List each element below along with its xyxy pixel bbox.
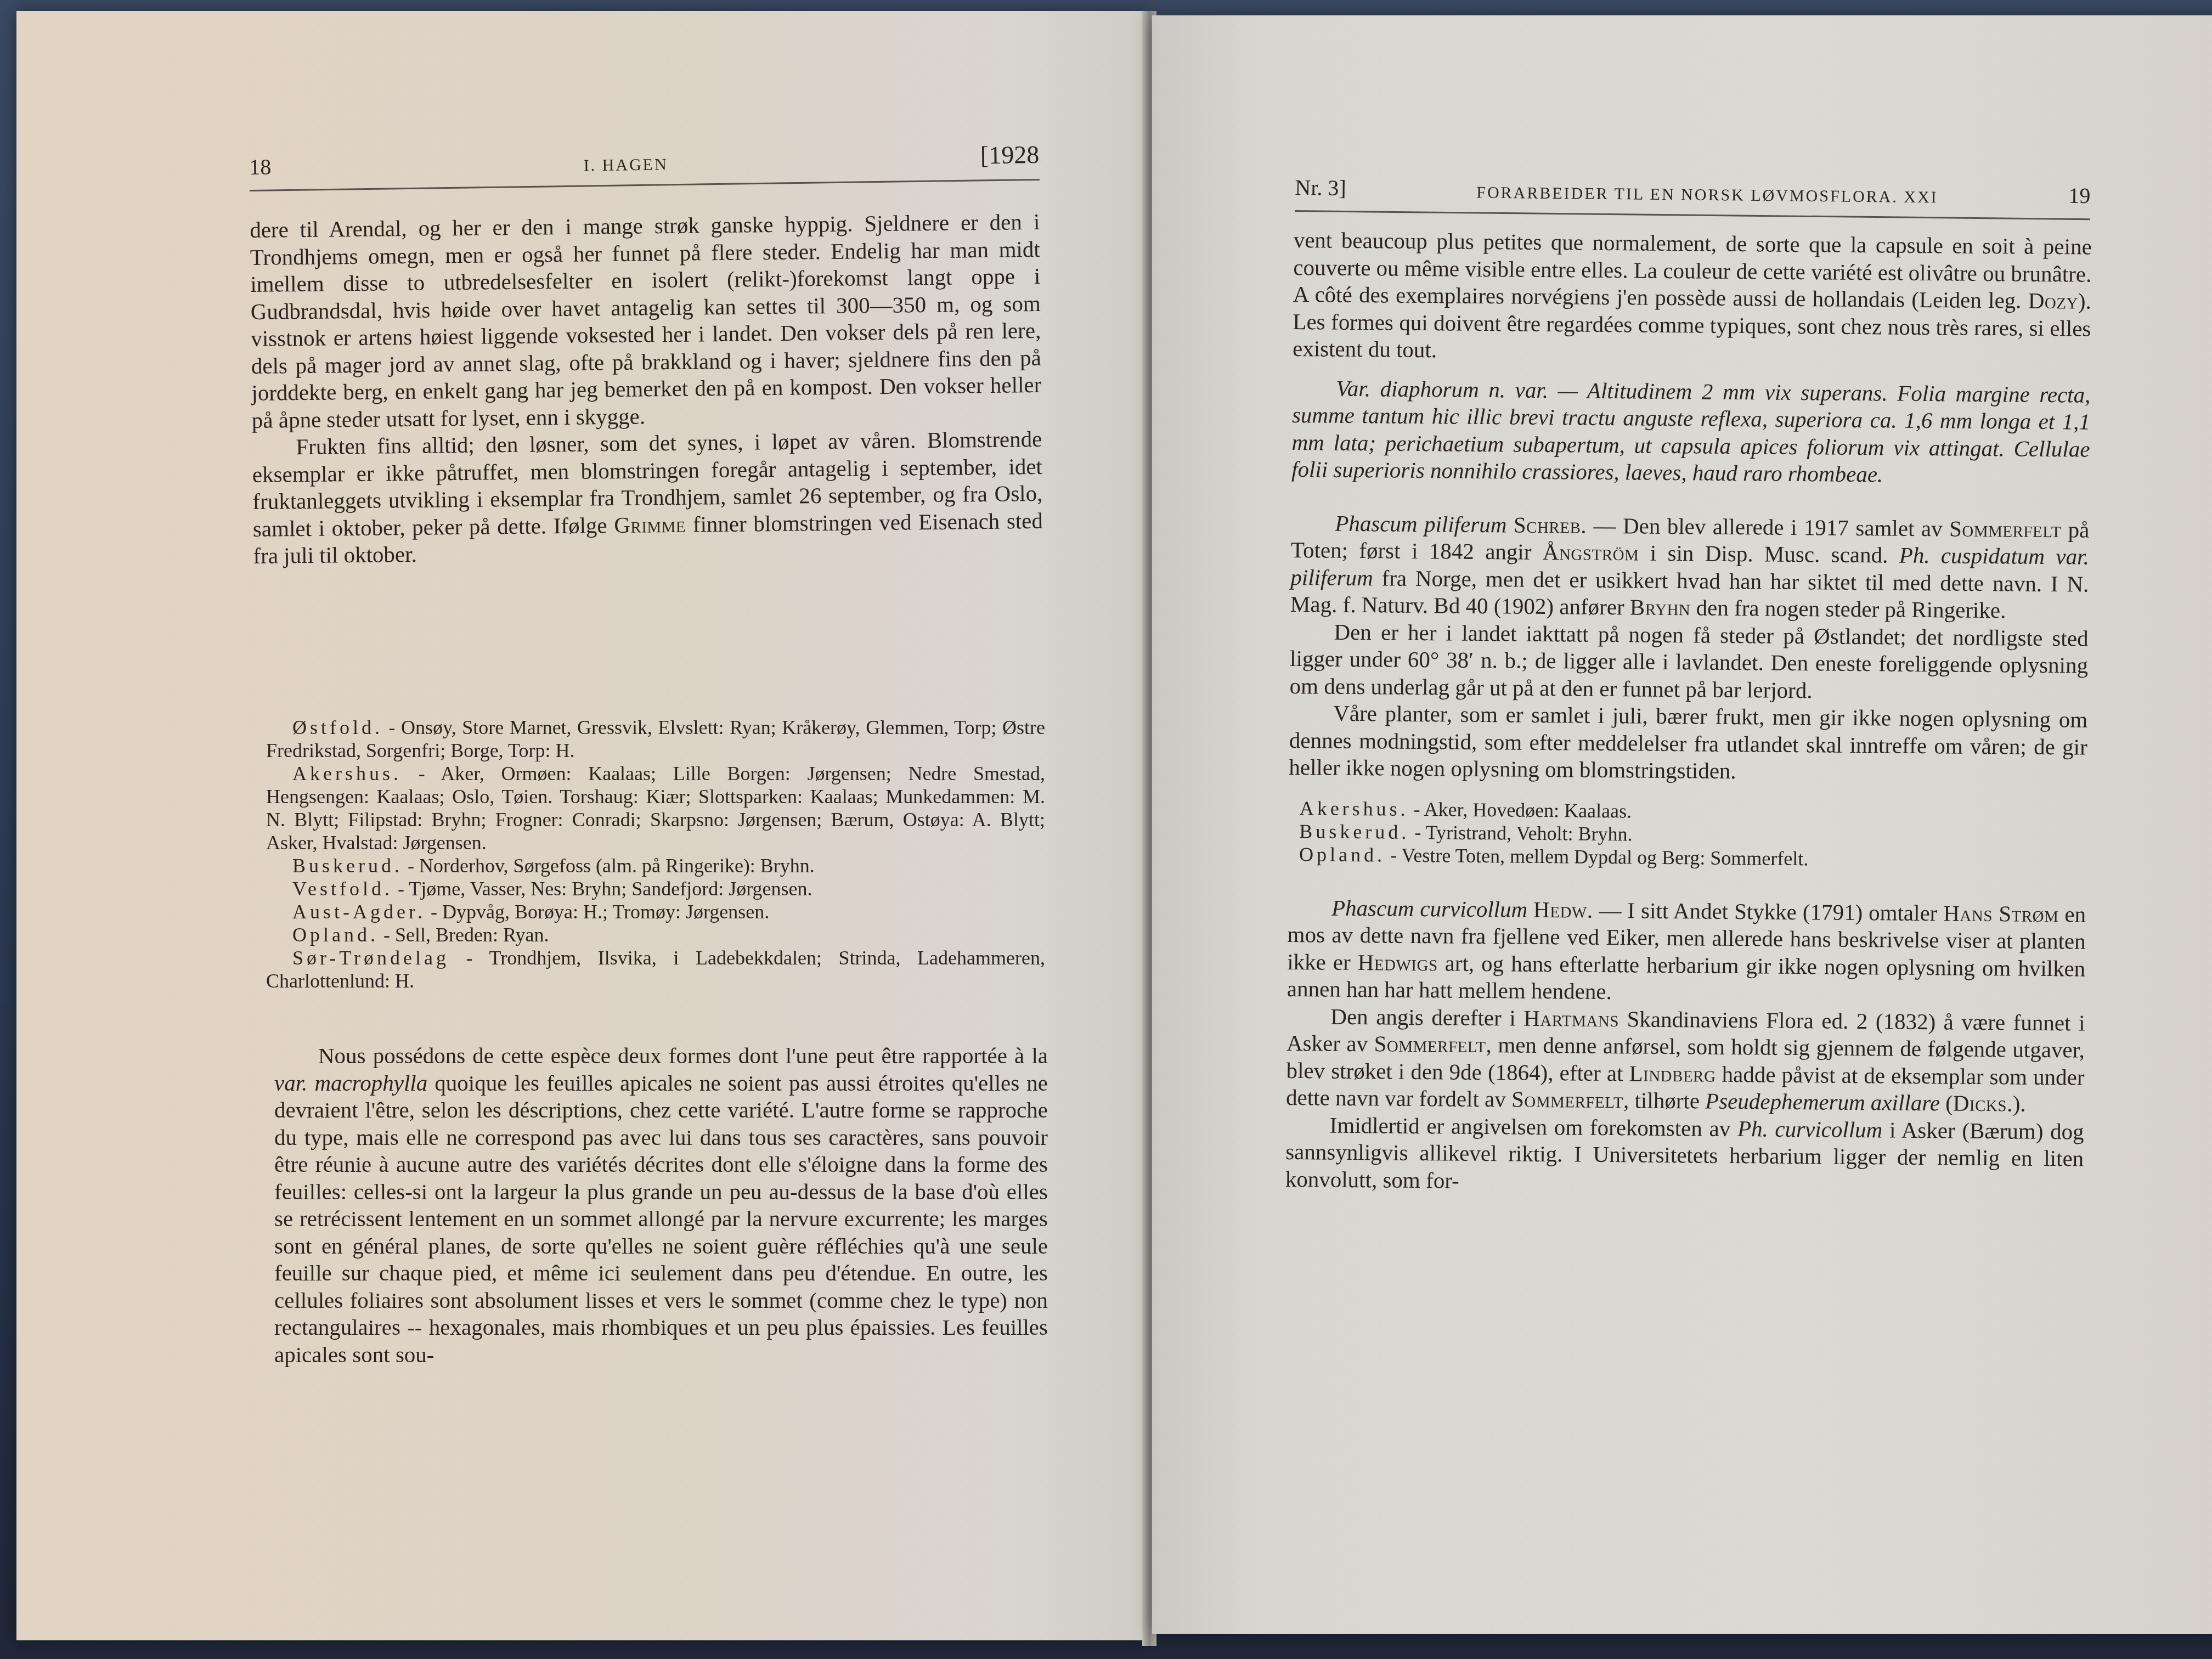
author-name: Schreb. bbox=[1514, 512, 1587, 538]
right-body: vent beaucoup plus petites que normaleme… bbox=[1285, 227, 2092, 1200]
locality-region: Sør-Trøndelag bbox=[266, 947, 449, 969]
paragraph-hartman: Den angis derefter i Hartmans Skandinavi… bbox=[1286, 1002, 2085, 1118]
locality-entry: Buskerud. - Norderhov, Sørgefoss (alm. p… bbox=[266, 854, 1045, 877]
text-run: den fra nogen steder på Ringerike. bbox=[1690, 595, 2006, 623]
text-run: ). bbox=[2013, 1091, 2026, 1116]
paragraph-french-forms: Nous possédons de cette espèce deux form… bbox=[274, 1042, 1048, 1368]
left-page: 18 I. HAGEN [1928 dere til Arendal, og h… bbox=[16, 11, 1147, 1640]
left-body-french: Nous possédons de cette espèce deux form… bbox=[274, 1042, 1048, 1368]
right-running-title: FORARBEIDER TIL EN NORSK LØVMOSFLORA. XX… bbox=[1476, 183, 1938, 207]
left-running-head: 18 I. HAGEN [1928 bbox=[249, 140, 1040, 191]
locality-entry: Sør-Trøndelag - Trondhjem, Ilsvika, i La… bbox=[266, 946, 1045, 992]
author-name: Hedw. bbox=[1533, 896, 1593, 922]
species-name: Pseudephemerum axillare bbox=[1705, 1088, 1940, 1116]
paragraph-imidlertid: Imidlertid er angivelsen om forekomsten … bbox=[1285, 1111, 2084, 1199]
left-locality-list: Østfold. - Onsøy, Store Marnet, Gressvik… bbox=[266, 716, 1045, 992]
paragraph-french-continued: vent beaucoup plus petites que normaleme… bbox=[1293, 227, 2092, 369]
author-name: Hartmans bbox=[1523, 1005, 1619, 1031]
species-name: Phascum curvicollum bbox=[1331, 895, 1527, 922]
locality-region: Opland. bbox=[1299, 843, 1385, 866]
author-name: Grimme bbox=[614, 511, 686, 537]
locality-region: Opland. bbox=[292, 924, 379, 946]
volume-year: [1928 bbox=[980, 140, 1040, 170]
locality-region: Buskerud. bbox=[292, 855, 403, 877]
right-page-number: 19 bbox=[2068, 183, 2090, 208]
locality-text: - Tjøme, Vasser, Nes: Bryhn; Sandefjord:… bbox=[393, 878, 812, 900]
author-name: Sommerfelt bbox=[1374, 1031, 1486, 1057]
text-run: Nous possédons de cette espèce deux form… bbox=[318, 1043, 1048, 1068]
locality-text: - Tyristrand, Veholt: Bryhn. bbox=[1409, 821, 1632, 845]
right-page: Nr. 3] FORARBEIDER TIL EN NORSK LØVMOSFL… bbox=[1152, 15, 2212, 1634]
locality-text: - Sell, Breden: Ryan. bbox=[379, 924, 549, 946]
locality-entry: Opland. - Sell, Breden: Ryan. bbox=[266, 923, 1045, 946]
text-run: — Den blev allerede i 1917 samlet av bbox=[1587, 512, 1949, 541]
left-page-number: 18 bbox=[249, 154, 272, 180]
right-locality-list: Akershus. - Aker, Hovedøen: Kaalaas. Bus… bbox=[1288, 796, 2087, 872]
right-running-head: Nr. 3] FORARBEIDER TIL EN NORSK LØVMOSFL… bbox=[1295, 174, 2091, 220]
author-name: Hans Strøm bbox=[1943, 900, 2059, 927]
author-name: Hedwigs bbox=[1358, 950, 1438, 975]
paragraph-curvicollum: Phascum curvicollum Hedw. — I sitt Andet… bbox=[1287, 894, 2086, 1009]
paragraph-planter: Våre planter, som er samlet i juli, bære… bbox=[1289, 699, 2087, 788]
locality-entry: Aust-Agder. - Dypvåg, Borøya: H.; Tromøy… bbox=[266, 900, 1045, 923]
author-name: Ångström bbox=[1543, 539, 1639, 566]
locality-region: Akershus. bbox=[1300, 797, 1409, 820]
locality-text: - Onsøy, Store Marnet, Gressvik, Elvslet… bbox=[266, 716, 1045, 761]
species-name: Phascum piliferum bbox=[1335, 510, 1506, 537]
locality-region: Akershus. bbox=[266, 763, 402, 785]
author-name: Dozy bbox=[2028, 288, 2079, 314]
paragraph-fruiting: Frukten fins alltid; den løsner, som det… bbox=[252, 426, 1043, 570]
left-body-top: dere til Arendal, og her er den i mange … bbox=[250, 208, 1043, 570]
species-name: Ph. curvicollum bbox=[1737, 1116, 1883, 1142]
locality-text: - Dypvåg, Borøya: H.; Tromøy: Jørgensen. bbox=[426, 901, 769, 923]
latin-diagnosis: Var. diaphorum n. var. — Altitudinem 2 m… bbox=[1291, 374, 2091, 490]
locality-region: Buskerud. bbox=[1299, 820, 1409, 843]
locality-entry: Akershus. - Aker, Ormøen: Kaalaas; Lille… bbox=[266, 762, 1045, 854]
paragraph-distribution: dere til Arendal, og her er den i mange … bbox=[250, 208, 1042, 434]
text-run: — I sitt Andet Stykke (1791) omtaler bbox=[1593, 897, 1943, 926]
paragraph-ostland: Den er her i landet iakttatt på nogen få… bbox=[1289, 618, 2088, 706]
text-run: ( bbox=[1940, 1090, 1953, 1115]
locality-region: Østfold. bbox=[266, 716, 383, 738]
author-name: Lindberg bbox=[1629, 1060, 1716, 1086]
locality-text: - Vestre Toten, mellem Dypdal og Berg: S… bbox=[1385, 844, 1809, 870]
locality-region: Aust-Agder. bbox=[292, 901, 426, 923]
issue-number: Nr. 3] bbox=[1295, 174, 1346, 201]
text-run: quoique les feuilles apicales ne soient … bbox=[274, 1070, 1048, 1367]
locality-entry: Vestfold. - Tjøme, Vasser, Nes: Bryhn; S… bbox=[266, 877, 1045, 900]
text-run: vent beaucoup plus petites que normaleme… bbox=[1293, 227, 2092, 313]
locality-text: - Aker, Hovedøen: Kaalaas. bbox=[1409, 798, 1632, 822]
author-name: Sommerfelt bbox=[1511, 1087, 1623, 1113]
author-name: Dicks. bbox=[1953, 1091, 2013, 1116]
text-run: Imidlertid er angivelsen om forekomsten … bbox=[1330, 1112, 1738, 1141]
left-running-title: I. HAGEN bbox=[584, 155, 668, 175]
variety-name: var. macrophylla bbox=[274, 1070, 427, 1096]
text-run: , tilhørte bbox=[1623, 1087, 1706, 1113]
author-name: Sommerfelt bbox=[1949, 516, 2061, 542]
author-name: Bryhn bbox=[1630, 594, 1691, 620]
text-run: Den angis derefter i bbox=[1330, 1003, 1523, 1030]
locality-text: - Norderhov, Sørgefoss (alm. på Ringerik… bbox=[403, 855, 815, 877]
paragraph-piliferum: Phascum piliferum Schreb. — Den blev all… bbox=[1290, 509, 2090, 625]
locality-entry: Østfold. - Onsøy, Store Marnet, Gressvik… bbox=[266, 716, 1045, 762]
locality-region: Vestfold. bbox=[292, 878, 393, 900]
text-run: i sin Disp. Musc. scand. bbox=[1639, 540, 1899, 568]
